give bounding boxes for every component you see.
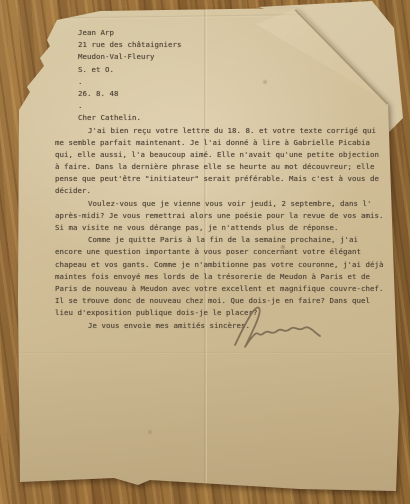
middle-fold-crease — [20, 352, 392, 354]
sender-department: S. et O. — [78, 64, 400, 76]
paragraph1-line: qui, elle aussi, l'a beaucoup aimé. Elle… — [55, 149, 400, 161]
letter-date: 26. 8. 48 — [78, 88, 400, 100]
paragraph1-line: décider. — [55, 185, 400, 197]
paragraph3-line: maintes fois envoyé mes lords de la trés… — [55, 271, 400, 283]
paragraph3-line: chapeau et vos gants. Comme je n'ambitio… — [55, 259, 400, 271]
typed-dot: . — [78, 76, 400, 88]
paragraph3-line: encore une question importante à vous po… — [55, 246, 400, 258]
wood-table-background: Jean Arp 21 rue des châtaigniers Meudon-… — [0, 0, 410, 504]
typed-letter-text: Jean Arp 21 rue des châtaigniers Meudon-… — [55, 27, 400, 332]
letter-paper: Jean Arp 21 rue des châtaigniers Meudon-… — [0, 0, 410, 504]
paragraph1-line: pense que peut'être "initiateur" serait … — [55, 173, 400, 185]
paragraph1-line: J'ai bien reçu votre lettre du 18. 8. et… — [88, 125, 400, 137]
sender-city: Meudon-Val-Fleury — [78, 51, 400, 63]
paragraph3-line: Paris de nouveau à Meudon avec votre exc… — [55, 283, 400, 295]
top-fold-crease — [30, 14, 300, 20]
paragraph2-line: Voulez-vous que je vienne vous voir jeud… — [88, 198, 400, 210]
salutation: Cher Cathelin. — [78, 112, 400, 124]
letter-page: Jean Arp 21 rue des châtaigniers Meudon-… — [0, 0, 410, 504]
paragraph2-line: après-midi? Je vous remettrai alors une … — [55, 210, 400, 222]
paragraph3-line: Comme je quitte Paris à la fin de la sem… — [88, 234, 400, 246]
paragraph2-line: Si ma visite ne vous dérange pas, je n'a… — [55, 222, 400, 234]
paragraph1-line: à faire. Dans la dernière phrase elle se… — [55, 161, 400, 173]
sender-street: 21 rue des châtaigniers — [78, 39, 400, 51]
typed-dot: . — [78, 100, 400, 112]
paragraph1-line: me semble parfait maintenant. Je l'ai do… — [55, 137, 400, 149]
sender-name: Jean Arp — [78, 27, 400, 39]
signature-scrawl — [225, 296, 335, 354]
